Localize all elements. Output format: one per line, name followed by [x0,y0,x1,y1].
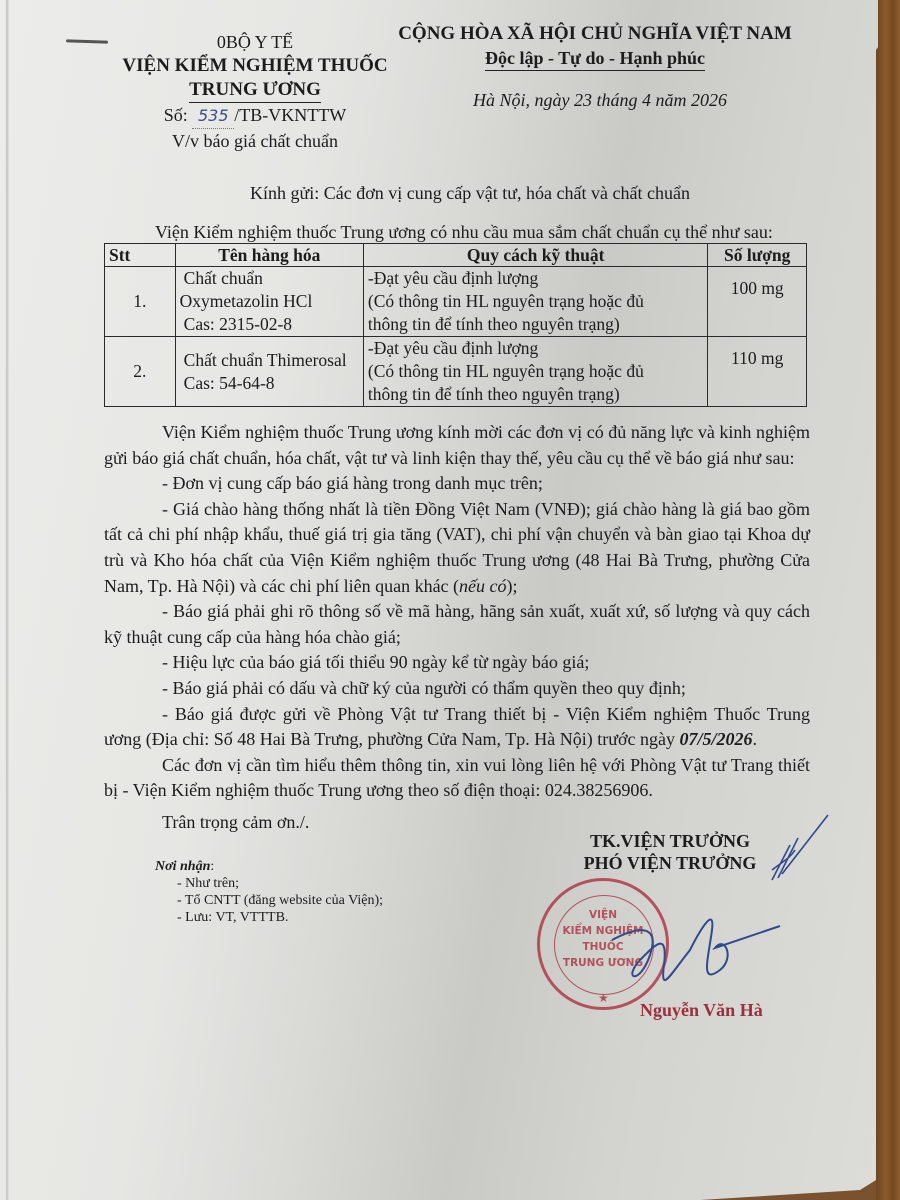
row-stt: 1. [105,267,176,337]
intro-text: Viện Kiểm nghiệm thuốc Trung ương có nhu… [155,222,815,243]
header-spec: Quy cách kỹ thuật [363,244,707,267]
requirement-4: - Hiệu lực của báo giá tối thiểu 90 ngày… [104,650,810,676]
recipient-item: - Như trên; [155,875,383,892]
row-quantity: 110 mg [708,337,807,407]
header-quantity: Số lượng [708,244,807,267]
requirement-6: - Báo giá được gửi về Phòng Vật tư Trang… [104,702,810,753]
requirement-5: - Báo giá phải có dấu và chữ ký của ngườ… [104,676,810,702]
row-spec: -Đạt yêu cầu định lượng (Có thông tin HL… [363,337,707,407]
requirement-2: - Giá chào hàng thống nhất là tiền Đồng … [104,497,810,599]
item-name-line: Oxymetazolin HCl [180,290,359,313]
item-name-line: Chất chuẩn Thimerosal [180,349,359,372]
items-table: Stt Tên hàng hóa Quy cách kỹ thuật Số lư… [104,243,807,407]
recipients-title: Nơi nhận: [155,858,383,875]
stamp-line: THUỐC [540,939,666,955]
stamp-line: TRUNG ƯƠNG [540,955,666,971]
signer-name: Nguyễn Văn Hà [640,1000,763,1021]
handwritten-number: 535 [192,104,234,129]
requirement-2-text: - Giá chào hàng thống nhất là tiền Đồng … [104,499,810,596]
recipients-block: Nơi nhận: - Như trên; - Tổ CNTT (đăng we… [155,858,383,926]
official-seal-stamp: VIỆN KIỂM NGHIỆM THUỐC TRUNG ƯƠNG ★ [537,878,669,1010]
national-motto: Độc lập - Tự do - Hạnh phúc [485,46,705,71]
cas-number: Cas: 54-64-8 [180,372,359,395]
addressee: Kính gửi: Các đơn vị cung cấp vật tư, hó… [160,183,780,204]
paper-edge [6,0,10,1200]
document-number: Số: 535/TB-VKNTTW [100,103,410,129]
spec-line: thông tin để tính theo nguyên trạng) [368,383,703,406]
header-item-name: Tên hàng hóa [175,244,363,267]
national-header: CỘNG HÒA XÃ HỘI CHỦ NGHĨA VIỆT NAM Độc l… [385,22,805,71]
star-icon: ★ [598,991,609,1006]
number-label: Số: [164,105,188,125]
header-stt: Stt [105,244,176,267]
invitation-paragraph: Viện Kiểm nghiệm thuốc Trung ương kính m… [104,420,810,471]
ministry-name: 0BỘ Y TẾ [100,30,410,54]
body-text: Viện Kiểm nghiệm thuốc Trung ương kính m… [104,420,810,836]
requirement-3: - Báo giá phải ghi rõ thông số về mã hàn… [104,599,810,650]
stamp-line: KIỂM NGHIỆM [540,923,666,939]
document-subject: V/v báo giá chất chuẩn [100,129,410,153]
country-name: CỘNG HÒA XÃ HỘI CHỦ NGHĨA VIỆT NAM [385,22,805,46]
place-date: Hà Nội, ngày 23 tháng 4 năm 2026 [450,90,750,111]
deadline-date: 07/5/2026 [679,729,752,749]
wooden-table-background [876,0,900,1200]
spec-line: -Đạt yêu cầu định lượng [368,337,703,360]
cas-number: Cas: 2315-02-8 [180,313,359,336]
signer-on-behalf: TK.VIỆN TRƯỞNG [555,830,785,852]
recipient-item: - Lưu: VT, VTTTB. [155,909,383,926]
requirement-2-end: ); [507,576,518,596]
table-row: 2. Chất chuẩn Thimerosal Cas: 54-64-8 -Đ… [105,337,807,407]
spec-line: thông tin để tính theo nguyên trạng) [368,313,703,336]
requirement-2-note: nếu có [459,576,506,596]
issuer-header: 0BỘ Y TẾ VIỆN KIỂM NGHIỆM THUỐC TRUNG ƯƠ… [100,30,410,153]
requirement-1: - Đơn vị cung cấp báo giá hàng trong dan… [104,471,810,497]
item-name-line: Chất chuẩn [180,267,359,290]
row-item-name: Chất chuẩn Oxymetazolin HCl Cas: 2315-02… [175,267,363,337]
contact-paragraph: Các đơn vị cần tìm hiểu thêm thông tin, … [104,753,810,804]
spec-line: (Có thông tin HL nguyên trạng hoặc đủ [368,290,703,313]
row-spec: -Đạt yêu cầu định lượng (Có thông tin HL… [363,267,707,337]
signature-block: TK.VIỆN TRƯỞNG PHÓ VIỆN TRƯỞNG [555,830,785,874]
table-header-row: Stt Tên hàng hóa Quy cách kỹ thuật Số lư… [105,244,807,267]
stamp-text: VIỆN KIỂM NGHIỆM THUỐC TRUNG ƯƠNG [540,907,666,971]
row-item-name: Chất chuẩn Thimerosal Cas: 54-64-8 [175,337,363,407]
requirement-6-end: . [752,729,757,749]
institute-name-line2: TRUNG ƯƠNG [189,78,321,103]
signer-position: PHÓ VIỆN TRƯỞNG [555,852,785,874]
document-page: 0BỘ Y TẾ VIỆN KIỂM NGHIỆM THUỐC TRUNG ƯƠ… [0,0,878,1200]
institute-name: VIỆN KIỂM NGHIỆM THUỐC [100,54,410,78]
row-quantity: 100 mg [708,267,807,337]
table-row: 1. Chất chuẩn Oxymetazolin HCl Cas: 2315… [105,267,807,337]
recipients-title-text: Nơi nhận [155,859,210,874]
stamp-line: VIỆN [540,907,666,923]
number-suffix: /TB-VKNTTW [234,105,346,125]
spec-line: (Có thông tin HL nguyên trạng hoặc đủ [368,360,703,383]
recipient-item: - Tổ CNTT (đăng website của Viện); [155,892,383,909]
row-stt: 2. [105,337,176,407]
spec-line: -Đạt yêu cầu định lượng [368,267,703,290]
